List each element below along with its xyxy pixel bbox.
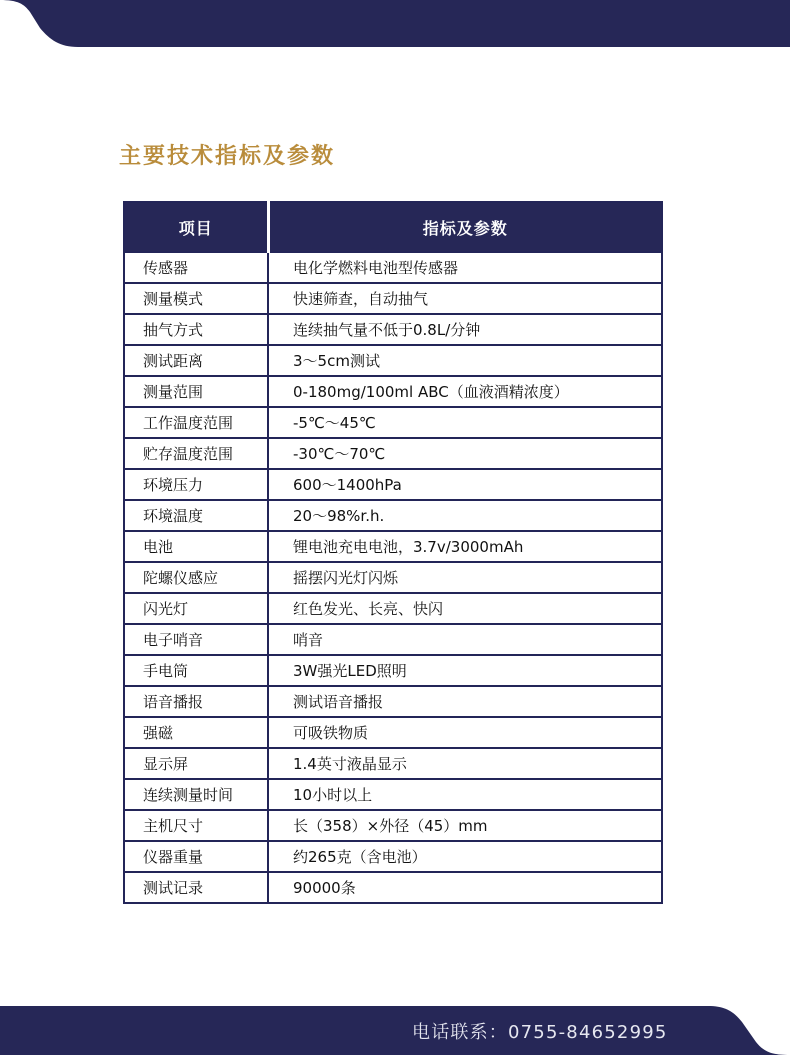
spec-item: 传感器	[124, 252, 268, 283]
spec-item: 测试记录	[124, 872, 268, 903]
spec-item: 测试距离	[124, 345, 268, 376]
spec-item: 强磁	[124, 717, 268, 748]
spec-value: 连续抽气量不低于0.8L/分钟	[268, 314, 662, 345]
spec-item: 抽气方式	[124, 314, 268, 345]
table-row: 传感器电化学燃料电池型传感器	[124, 252, 662, 283]
spec-item: 环境温度	[124, 500, 268, 531]
table-row: 仪器重量约265克（含电池）	[124, 841, 662, 872]
spec-value: 0-180mg/100ml ABC（血液酒精浓度）	[268, 376, 662, 407]
table-row: 测试距离 3～5cm测试	[124, 345, 662, 376]
phone-contact: 电话联系：0755-84652995	[412, 1018, 668, 1044]
spec-value: 快速筛查，自动抽气	[268, 283, 662, 314]
spec-value: 长（358）×外径（45）mm	[268, 810, 662, 841]
spec-item: 测量范围	[124, 376, 268, 407]
table-row: 工作温度范围 -5℃～45℃	[124, 407, 662, 438]
spec-item: 闪光灯	[124, 593, 268, 624]
spec-value: 600～1400hPa	[268, 469, 662, 500]
table-row: 手电筒 3W强光LED照明	[124, 655, 662, 686]
table-row: 环境压力 600～1400hPa	[124, 469, 662, 500]
spec-item: 陀螺仪感应	[124, 562, 268, 593]
table-row: 抽气方式连续抽气量不低于0.8L/分钟	[124, 314, 662, 345]
spec-value: -30℃～70℃	[268, 438, 662, 469]
top-banner	[0, 0, 790, 48]
table-row: 闪光灯 红色发光、长亮、快闪	[124, 593, 662, 624]
table-row: 强磁可吸铁物质	[124, 717, 662, 748]
table-row: 电池 锂电池充电电池，3.7v/3000mAh	[124, 531, 662, 562]
spec-value: 可吸铁物质	[268, 717, 662, 748]
table-row: 电子哨音哨音	[124, 624, 662, 655]
spec-value: 20～98%r.h.	[268, 500, 662, 531]
spec-value: 3W强光LED照明	[268, 655, 662, 686]
spec-value: 摇摆闪光灯闪烁	[268, 562, 662, 593]
table-row: 贮存温度范围-30℃～70℃	[124, 438, 662, 469]
spec-value: 电化学燃料电池型传感器	[268, 252, 662, 283]
spec-item: 工作温度范围	[124, 407, 268, 438]
table-row: 测试记录90000条	[124, 872, 662, 903]
section-title: 主要技术指标及参数	[119, 139, 335, 170]
spec-item: 电子哨音	[124, 624, 268, 655]
table-row: 主机尺寸长（358）×外径（45）mm	[124, 810, 662, 841]
spec-value: 红色发光、长亮、快闪	[268, 593, 662, 624]
spec-table: 项目 指标及参数 传感器电化学燃料电池型传感器测量模式快速筛查，自动抽气抽气方式…	[123, 201, 663, 904]
spec-item: 显示屏	[124, 748, 268, 779]
table-row: 测量模式快速筛查，自动抽气	[124, 283, 662, 314]
spec-value: -5℃～45℃	[268, 407, 662, 438]
bottom-banner	[0, 1006, 790, 1055]
spec-item: 电池	[124, 531, 268, 562]
spec-item: 语音播报	[124, 686, 268, 717]
table-row: 陀螺仪感应 摇摆闪光灯闪烁	[124, 562, 662, 593]
header-item: 项目	[124, 202, 268, 252]
spec-value: 90000条	[268, 872, 662, 903]
spec-item: 贮存温度范围	[124, 438, 268, 469]
spec-item: 主机尺寸	[124, 810, 268, 841]
spec-value: 测试语音播报	[268, 686, 662, 717]
spec-item: 测量模式	[124, 283, 268, 314]
spec-value: 1.4英寸液晶显示	[268, 748, 662, 779]
spec-value: 锂电池充电电池，3.7v/3000mAh	[268, 531, 662, 562]
spec-item: 仪器重量	[124, 841, 268, 872]
table-row: 显示屏 1.4英寸液晶显示	[124, 748, 662, 779]
table-row: 连续测量时间 10小时以上	[124, 779, 662, 810]
table-row: 环境温度 20～98%r.h.	[124, 500, 662, 531]
spec-value: 3～5cm测试	[268, 345, 662, 376]
spec-value: 哨音	[268, 624, 662, 655]
spec-item: 手电筒	[124, 655, 268, 686]
spec-value: 约265克（含电池）	[268, 841, 662, 872]
header-value: 指标及参数	[268, 202, 662, 252]
spec-value: 10小时以上	[268, 779, 662, 810]
table-header-row: 项目 指标及参数	[124, 202, 662, 252]
spec-item: 连续测量时间	[124, 779, 268, 810]
table-row: 语音播报测试语音播报	[124, 686, 662, 717]
table-row: 测量范围 0-180mg/100ml ABC（血液酒精浓度）	[124, 376, 662, 407]
spec-item: 环境压力	[124, 469, 268, 500]
